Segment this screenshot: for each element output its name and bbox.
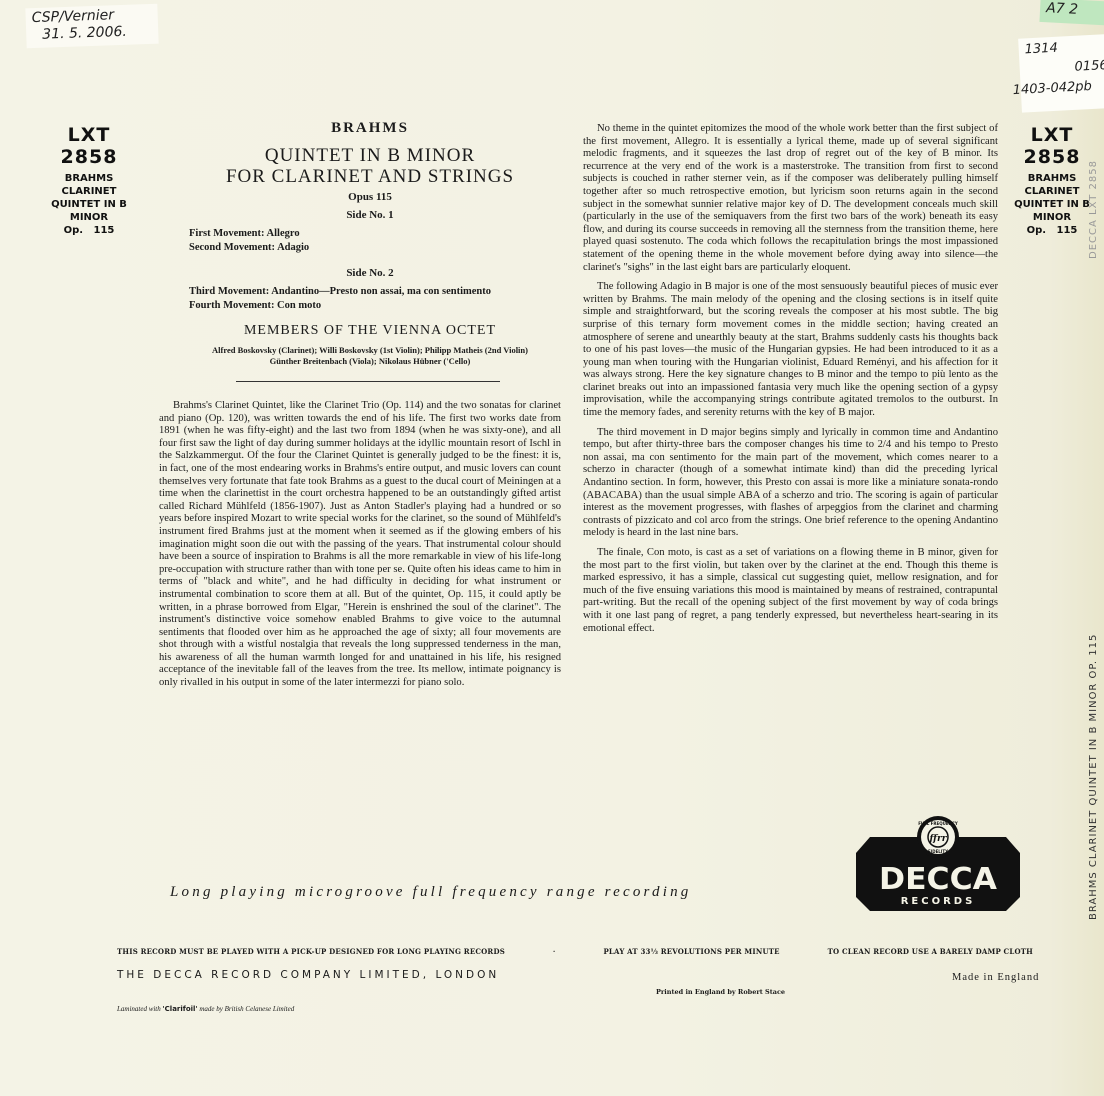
liner-paragraph: Brahms's Clarinet Quintet, like the Clar… — [159, 400, 561, 690]
catalog-block-left: LXT 2858 BRAHMS CLARINET QUINTET IN B MI… — [40, 124, 138, 237]
liner-paragraph: The following Adagio in B major is one o… — [583, 281, 998, 420]
svg-text:FIDELITY: FIDELITY — [928, 849, 948, 854]
decca-logo-icon: ffrr FULL FREQUENCY FIDELITY DECCA RECOR… — [848, 815, 1028, 915]
green-sticker-note: A7 2 — [1039, 0, 1104, 26]
side-1-label: Side No. 1 — [180, 209, 560, 221]
handwritten-catalog-note: 1314 0156 1403-042pb — [1018, 33, 1104, 112]
catalog-line: BRAHMS — [40, 172, 138, 185]
liner-paragraph: The third movement in D major begins sim… — [583, 427, 998, 540]
personnel-line: Alfred Boskovsky (Clarinet); Willi Bosko… — [160, 345, 580, 356]
side-2-label: Side No. 2 — [180, 267, 560, 279]
lamination-text: Laminated with — [117, 1005, 163, 1013]
divider-rule — [236, 381, 500, 382]
playback-notices: THIS RECORD MUST BE PLAYED WITH A PICK-U… — [117, 947, 1033, 956]
svg-text:ffrr: ffrr — [929, 834, 948, 844]
personnel-line: Günther Breitenbach (Viola); Nikolaus Hü… — [180, 356, 560, 367]
catalog-number: LXT 2858 — [40, 124, 138, 168]
work-title: QUINTET IN B MINOR — [180, 145, 560, 166]
catalog-line: MINOR — [1004, 211, 1100, 224]
pickup-notice: THIS RECORD MUST BE PLAYED WITH A PICK-U… — [117, 947, 505, 956]
work-subtitle: FOR CLARINET AND STRINGS — [180, 166, 560, 187]
note-line: 31. 5. 2006. — [32, 23, 153, 44]
liner-paragraph: No theme in the quintet epitomizes the m… — [583, 123, 998, 274]
catalog-line: MINOR — [40, 211, 138, 224]
liner-notes-left-column: Brahms's Clarinet Quintet, like the Clar… — [159, 400, 561, 697]
catalog-block-right: LXT 2858 BRAHMS CLARINET QUINTET IN B MI… — [1004, 124, 1100, 237]
work-header: BRAHMS QUINTET IN B MINOR FOR CLARINET A… — [180, 120, 560, 367]
note-line: 1403-042pb — [1012, 76, 1104, 101]
catalog-number: LXT 2858 — [1004, 124, 1100, 168]
composer-name: BRAHMS — [180, 120, 560, 137]
lamination-credit: Laminated with 'Clarifoil' made by Briti… — [117, 1005, 294, 1013]
side-2-movements: Third Movement: Andantino—Presto non ass… — [189, 285, 560, 313]
printer-credit: Printed in England by Robert Stace — [656, 988, 785, 996]
made-in-england: Made in England — [952, 972, 1039, 983]
catalog-line: CLARINET — [40, 185, 138, 198]
sleeve-spine: BRAHMS CLARINET QUINTET IN B MINOR OP. 1… — [1088, 160, 1104, 920]
movement-item: Fourth Movement: Con moto — [189, 299, 560, 313]
catalog-description: BRAHMS CLARINET QUINTET IN B MINOR Op. 1… — [1004, 172, 1100, 237]
decca-records-logo: ffrr FULL FREQUENCY FIDELITY DECCA RECOR… — [848, 815, 1028, 915]
performers-heading: MEMBERS OF THE VIENNA OCTET — [180, 323, 560, 339]
company-name: THE DECCA RECORD COMPANY LIMITED, LONDON — [117, 969, 499, 981]
spine-label: DECCA LXT 2858 — [1088, 160, 1104, 259]
opus-number: Opus 115 — [180, 191, 560, 203]
catalog-line: QUINTET IN B — [1004, 198, 1100, 211]
svg-text:DECCA: DECCA — [879, 862, 998, 897]
liner-notes-right-column: No theme in the quintet epitomizes the m… — [583, 123, 998, 642]
handwritten-archive-note: CSP/Vernier 31. 5. 2006. — [25, 4, 158, 49]
liner-paragraph: The finale, Con moto, is cast as a set o… — [583, 547, 998, 635]
movement-item: Second Movement: Adagio — [189, 241, 560, 255]
catalog-line: Op. 115 — [40, 224, 138, 237]
movement-item: First Movement: Allegro — [189, 227, 560, 241]
catalog-description: BRAHMS CLARINET QUINTET IN B MINOR Op. 1… — [40, 172, 138, 237]
personnel-list: Alfred Boskovsky (Clarinet); Willi Bosko… — [180, 345, 560, 367]
spine-title: BRAHMS CLARINET QUINTET IN B MINOR OP. 1… — [1088, 634, 1104, 920]
catalog-line: QUINTET IN B — [40, 198, 138, 211]
svg-text:RECORDS: RECORDS — [901, 896, 976, 907]
lamination-text: made by British Celanese Limited — [198, 1005, 295, 1013]
lp-tagline: Long playing microgroove full frequency … — [170, 884, 810, 901]
catalog-line: CLARINET — [1004, 185, 1100, 198]
catalog-line: Op. 115 — [1004, 224, 1100, 237]
movement-item: Third Movement: Andantino—Presto non ass… — [189, 285, 560, 299]
catalog-line: BRAHMS — [1004, 172, 1100, 185]
clarifoil-brand: 'Clarifoil' — [163, 1005, 198, 1013]
side-1-movements: First Movement: Allegro Second Movement:… — [189, 227, 560, 255]
speed-notice: PLAY AT 33⅓ REVOLUTIONS PER MINUTE — [603, 947, 779, 956]
cleaning-notice: TO CLEAN RECORD USE A BARELY DAMP CLOTH — [828, 947, 1033, 956]
svg-text:FULL FREQUENCY: FULL FREQUENCY — [918, 821, 958, 826]
notice-separator: · — [553, 947, 556, 956]
